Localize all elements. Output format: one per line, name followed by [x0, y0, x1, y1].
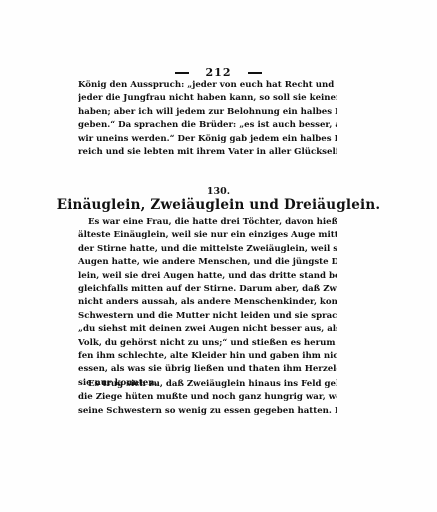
text-line: gleichfalls mitten auf der Stirne. Darum… — [78, 283, 337, 296]
text-line: nicht anders aussah, als andere Menschen… — [78, 296, 337, 309]
text-line: seine Schwestern so wenig zu essen gegeb… — [78, 405, 337, 418]
text-line: lein, weil sie drei Augen hatte, und das… — [78, 270, 337, 283]
paragraph-1: Es war eine Frau, die hatte drei Töchter… — [78, 216, 337, 390]
text-line: essen, als was sie übrig ließen und that… — [78, 363, 337, 376]
paragraph-2: Es trug sich zu, daß Zweiäuglein hinaus … — [78, 378, 337, 418]
text-line: Es war eine Frau, die hatte drei Töchter… — [78, 216, 337, 229]
chapter-number: 130. — [0, 186, 437, 197]
text-line: Es trug sich zu, daß Zweiäuglein hinaus … — [78, 378, 337, 391]
header-dash-left — [175, 72, 189, 74]
page-number: 212 — [206, 66, 232, 79]
text-line: wir uneins werden.“ Der König gab jedem … — [78, 133, 337, 146]
text-line: „du siehst mit deinen zwei Augen nicht b… — [78, 323, 337, 336]
text-line: jeder die Jungfrau nicht haben kann, so … — [78, 92, 337, 105]
text-line: der Stirne hatte, und die mittelste Zwei… — [78, 243, 337, 256]
text-line: fen ihm schlechte, alte Kleider hin und … — [78, 350, 337, 363]
book-page: 212 König den Ausspruch: „jeder von euch… — [0, 0, 437, 512]
continuation-text: König den Ausspruch: „jeder von euch hat… — [78, 79, 337, 159]
text-line: geben.“ Da sprachen die Brüder: „es ist … — [78, 119, 337, 132]
text-line: die Ziege hüten mußte und noch ganz hung… — [78, 391, 337, 404]
text-line: Schwestern und die Mutter nicht leiden u… — [78, 310, 337, 323]
chapter-title: Einäuglein, Zweiäuglein und Dreiäuglein. — [0, 197, 437, 213]
page-header: 212 — [0, 66, 437, 79]
text-line: haben; aber ich will jedem zur Belohnung… — [78, 106, 337, 119]
text-line: Augen hatte, wie andere Menschen, und di… — [78, 256, 337, 269]
text-line: älteste Einäuglein, weil sie nur ein ein… — [78, 229, 337, 242]
text-line: Volk, du gehörst nicht zu uns;“ und stie… — [78, 337, 337, 350]
text-line: König den Ausspruch: „jeder von euch hat… — [78, 79, 337, 92]
text-line: reich und sie lebten mit ihrem Vater in … — [78, 146, 337, 159]
header-dash-right — [248, 72, 262, 74]
